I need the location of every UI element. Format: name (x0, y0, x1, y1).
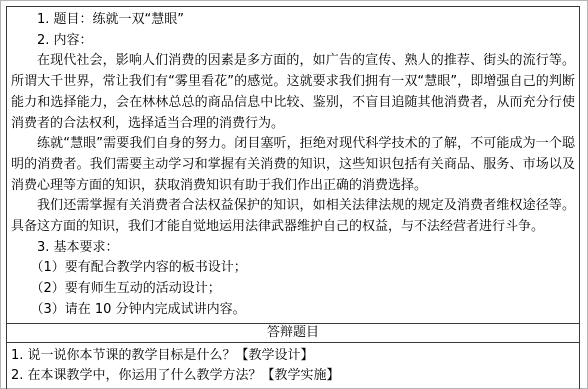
requirement-item: （3）请在 10 分钟内完成试讲内容。 (11, 300, 575, 321)
exam-question-table: 1. 题目：练就一双“慧眼” 2. 内容： 在现代社会，影响人们消费的因素是多方… (6, 6, 580, 389)
requirement-item: （1）要有配合教学内容的板书设计； (11, 258, 575, 279)
main-content-cell: 1. 题目：练就一双“慧眼” 2. 内容： 在现代社会，影响人们消费的因素是多方… (7, 7, 579, 323)
defense-header-cell: 答辩题目 (7, 323, 579, 342)
content-paragraph: 在现代社会，影响人们消费的因素是多方面的，如广告的宣传、熟人的推荐、街头的流行等… (11, 51, 575, 134)
content-label: 2. 内容： (11, 31, 575, 52)
content-paragraph: 练就“慧眼”需要我们自身的努力。闭目塞听，拒绝对现代科学技术的了解，不可能成为一… (11, 134, 575, 196)
defense-header-title: 答辩题目 (267, 325, 319, 340)
requirement-item: （2）要有师生互动的活动设计； (11, 279, 575, 300)
content-paragraph: 我们还需掌握有关消费者合法权益保护的知识，如相关法律法规的规定及消费者维权途径等… (11, 196, 575, 237)
defense-question: 1. 说一说你本节课的教学目标是什么？【教学设计】 (11, 346, 575, 367)
topic-line: 1. 题目：练就一双“慧眼” (11, 10, 575, 31)
defense-question: 2. 在本课教学中，你运用了什么教学方法？【教学实施】 (11, 366, 575, 387)
defense-questions-cell: 1. 说一说你本节课的教学目标是什么？【教学设计】 2. 在本课教学中，你运用了… (7, 342, 579, 389)
requirements-label: 3. 基本要求： (11, 238, 575, 259)
document-page: 1. 题目：练就一双“慧眼” 2. 内容： 在现代社会，影响人们消费的因素是多方… (0, 0, 588, 389)
